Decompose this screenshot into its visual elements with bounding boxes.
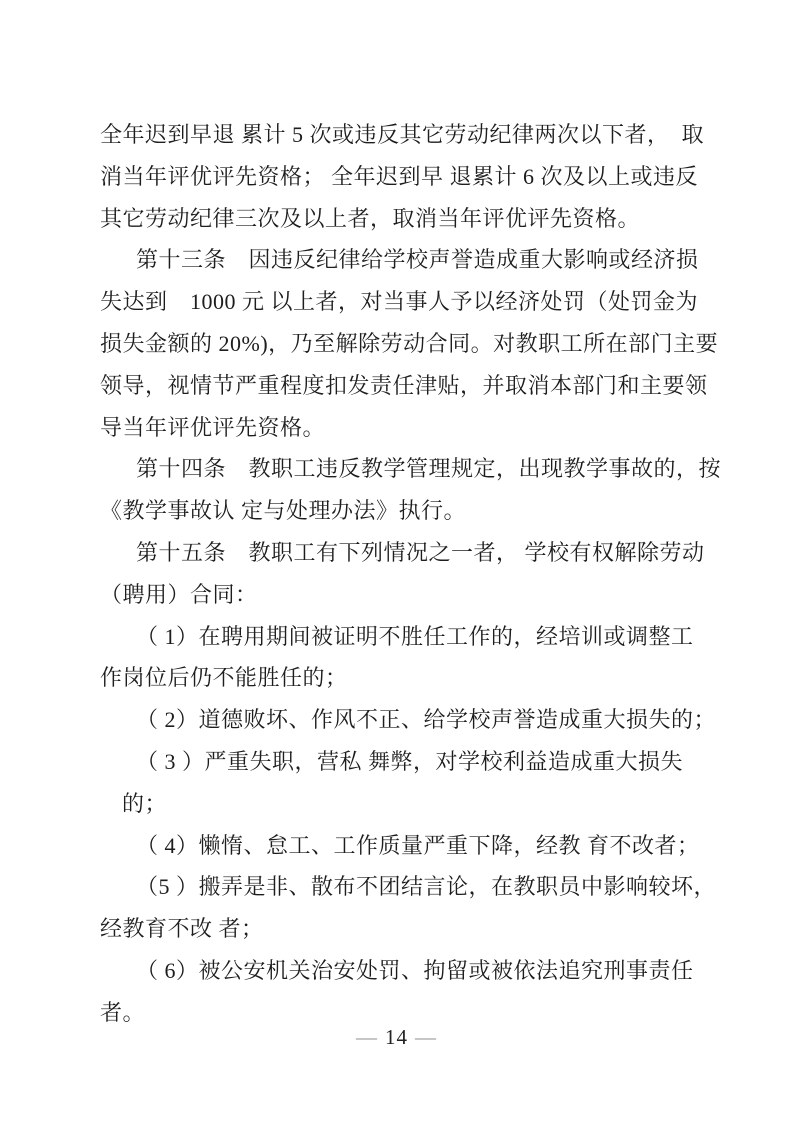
text-line: 的； — [100, 783, 712, 825]
text-line: （ 4）懒惰、怠工、工作质量严重下降，经教 育不改者； — [100, 825, 712, 867]
text-line: 其它劳动纪律三次及以上者，取消当年评优评先资格。 — [100, 198, 712, 240]
text-line: 领导，视情节严重程度扣发责任津贴，并取消本部门和主要领 — [100, 365, 712, 407]
text-line: 第十四条 教职工违反教学管理规定，出现教学事故的，按 — [100, 448, 712, 490]
document-page: 全年迟到早退 累计 5 次或违反其它劳动纪律两次以下者， 取消当年评优评先资格；… — [0, 0, 793, 1122]
text-line: （聘用）合同： — [100, 574, 712, 616]
text-line: 消当年评优评先资格； 全年迟到早 退累计 6 次及以上或违反 — [100, 156, 712, 198]
page-number-dash-left: — — [356, 1025, 378, 1049]
text-line: 损失金额的 20%)，乃至解除劳动合同。对教职工所在部门主要 — [100, 323, 712, 365]
text-line: （ 3 ）严重失职，营私 舞弊，对学校利益造成重大损失 — [100, 741, 712, 783]
page-number-dash-right: — — [415, 1025, 437, 1049]
text-line: 经教育不改 者； — [100, 908, 712, 950]
text-line: （ 2）道德败坏、作风不正、给学校声誉造成重大损失的； — [100, 699, 712, 741]
text-line: 第十三条 因违反纪律给学校声誉造成重大影响或经济损 — [100, 239, 712, 281]
text-line: 导当年评优评先资格。 — [100, 407, 712, 449]
document-body: 全年迟到早退 累计 5 次或违反其它劳动纪律两次以下者， 取消当年评优评先资格；… — [100, 114, 712, 1034]
page-number: —14— — [0, 1022, 793, 1052]
text-line: 《教学事故认 定与处理办法》执行。 — [100, 490, 712, 532]
text-line: 全年迟到早退 累计 5 次或违反其它劳动纪律两次以下者， 取 — [100, 114, 712, 156]
text-line: 作岗位后仍不能胜任的； — [100, 657, 712, 699]
text-line: （ 6）被公安机关治安处罚、拘留或被依法追究刑事责任 — [100, 950, 712, 992]
text-line: （5 ）搬弄是非、散布不团结言论，在教职员中影响较坏， — [100, 866, 712, 908]
text-line: （ 1）在聘用期间被证明不胜任工作的，经培训或调整工 — [100, 616, 712, 658]
text-line: 第十五条 教职工有下列情况之一者， 学校有权解除劳动 — [100, 532, 712, 574]
page-number-value: 14 — [378, 1025, 415, 1049]
text-line: 失达到 1000 元 以上者，对当事人予以经济处罚（处罚金为 — [100, 281, 712, 323]
